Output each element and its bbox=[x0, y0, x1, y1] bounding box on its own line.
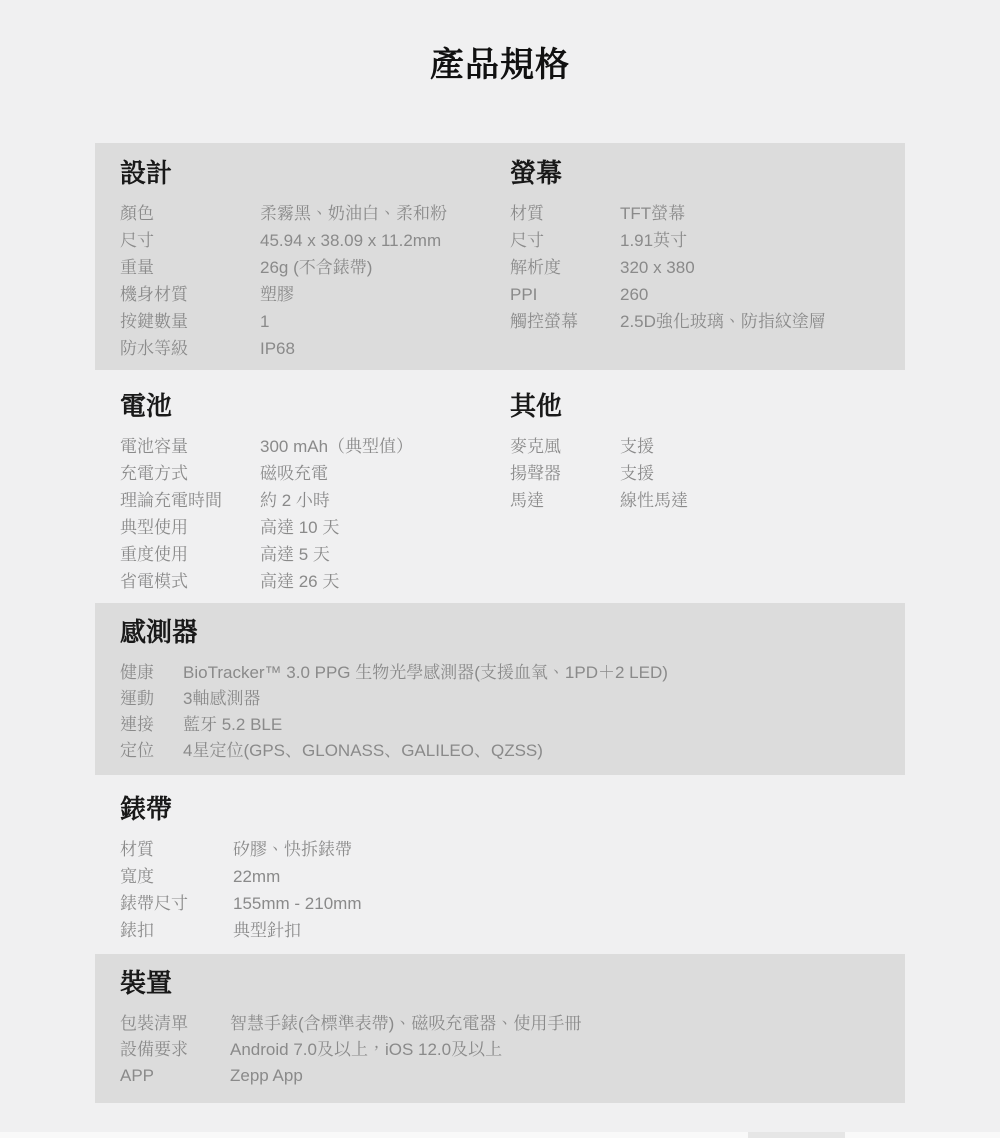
spec-value: 22mm bbox=[233, 863, 880, 890]
spec-label: 按鍵數量 bbox=[120, 308, 260, 335]
spec-value: 柔霧黑、奶油白、柔和粉 bbox=[260, 200, 510, 227]
spec-row: 寬度 22mm bbox=[120, 863, 880, 890]
spec-value: 45.94 x 38.09 x 11.2mm bbox=[260, 227, 510, 254]
section-heading-other: 其他 bbox=[510, 390, 880, 422]
spec-label: 馬達 bbox=[510, 487, 620, 514]
section-battery-other: 電池 電池容量 300 mAh（典型值） 充電方式 磁吸充電 理論充電時間 約 … bbox=[95, 376, 905, 603]
spec-value: 塑膠 bbox=[260, 281, 510, 308]
spec-row: 尺寸 1.91英寸 bbox=[510, 227, 880, 254]
spec-label: 防水等級 bbox=[120, 335, 260, 362]
spec-value: 320 x 380 bbox=[620, 254, 880, 281]
spec-value: 典型針扣 bbox=[233, 917, 880, 944]
section-heading-device: 裝置 bbox=[120, 967, 880, 999]
spec-value: 26g (不含錶帶) bbox=[260, 254, 510, 281]
spec-label: 觸控螢幕 bbox=[510, 308, 620, 335]
spec-row: 省電模式 高達 26 天 bbox=[120, 568, 510, 595]
spec-row: 揚聲器 支援 bbox=[510, 460, 880, 487]
section-heading-strap: 錶帶 bbox=[120, 793, 880, 825]
section-device: 裝置 包裝清單 智慧手錶(含標準表帶)、磁吸充電器、使用手冊 設備要求 Andr… bbox=[95, 954, 905, 1103]
spec-label: 顏色 bbox=[120, 200, 260, 227]
spec-value: 155mm - 210mm bbox=[233, 890, 880, 917]
section-strap: 錶帶 材質 矽膠、快拆錶帶 寬度 22mm 錶帶尺寸 155mm - 210mm… bbox=[95, 779, 905, 944]
spec-row: 理論充電時間 約 2 小時 bbox=[120, 487, 510, 514]
spec-value: 支援 bbox=[620, 460, 880, 487]
bottom-edge-strip bbox=[0, 1132, 1000, 1138]
spec-label: 定位 bbox=[120, 738, 183, 764]
spec-label: 尺寸 bbox=[510, 227, 620, 254]
spec-label: 寬度 bbox=[120, 863, 233, 890]
spec-row: 材質 TFT螢幕 bbox=[510, 200, 880, 227]
spec-row: APP Zepp App bbox=[120, 1063, 880, 1089]
spec-row: 包裝清單 智慧手錶(含標準表帶)、磁吸充電器、使用手冊 bbox=[120, 1011, 880, 1037]
spec-label: 解析度 bbox=[510, 254, 620, 281]
spec-row: 連接 藍牙 5.2 BLE bbox=[120, 712, 880, 738]
spec-value: 1 bbox=[260, 308, 510, 335]
page-title: 產品規格 bbox=[0, 0, 1000, 85]
spec-value: TFT螢幕 bbox=[620, 200, 880, 227]
spec-value: BioTracker™ 3.0 PPG 生物光學感測器(支援血氧、1PD＋2 L… bbox=[183, 660, 880, 686]
spec-value: 300 mAh（典型值） bbox=[260, 433, 510, 460]
spec-label: 揚聲器 bbox=[510, 460, 620, 487]
spec-label: 錶扣 bbox=[120, 917, 233, 944]
spec-row: 馬達 線性馬達 bbox=[510, 487, 880, 514]
spec-value: 4星定位(GPS、GLONASS、GALILEO、QZSS) bbox=[183, 738, 880, 764]
column-battery: 電池 電池容量 300 mAh（典型值） 充電方式 磁吸充電 理論充電時間 約 … bbox=[120, 390, 510, 595]
spec-row: 顏色 柔霧黑、奶油白、柔和粉 bbox=[120, 200, 510, 227]
spec-row: 重量 26g (不含錶帶) bbox=[120, 254, 510, 281]
spec-value: 支援 bbox=[620, 433, 880, 460]
column-screen: 螢幕 材質 TFT螢幕 尺寸 1.91英寸 解析度 320 x 380 bbox=[510, 157, 880, 362]
spec-value: IP68 bbox=[260, 335, 510, 362]
bottom-edge-segment bbox=[748, 1132, 845, 1138]
spec-value: 3軸感測器 bbox=[183, 686, 880, 712]
spec-row: 電池容量 300 mAh（典型值） bbox=[120, 433, 510, 460]
spec-value: 藍牙 5.2 BLE bbox=[183, 712, 880, 738]
spec-row: 定位 4星定位(GPS、GLONASS、GALILEO、QZSS) bbox=[120, 738, 880, 764]
spec-value: 高達 5 天 bbox=[260, 541, 510, 568]
spec-row: 尺寸 45.94 x 38.09 x 11.2mm bbox=[120, 227, 510, 254]
spec-value: 智慧手錶(含標準表帶)、磁吸充電器、使用手冊 bbox=[230, 1011, 880, 1037]
spec-label: 省電模式 bbox=[120, 568, 260, 595]
spec-label: 包裝清單 bbox=[120, 1011, 230, 1037]
spec-value: 高達 26 天 bbox=[260, 568, 510, 595]
section-heading-battery: 電池 bbox=[120, 390, 510, 422]
spec-row: 充電方式 磁吸充電 bbox=[120, 460, 510, 487]
spec-row: 典型使用 高達 10 天 bbox=[120, 514, 510, 541]
spec-row: 重度使用 高達 5 天 bbox=[120, 541, 510, 568]
spec-row: 錶扣 典型針扣 bbox=[120, 917, 880, 944]
spec-label: APP bbox=[120, 1063, 230, 1089]
spec-value: Zepp App bbox=[230, 1063, 880, 1089]
column-design: 設計 顏色 柔霧黑、奶油白、柔和粉 尺寸 45.94 x 38.09 x 11.… bbox=[120, 157, 510, 362]
section-design-screen: 設計 顏色 柔霧黑、奶油白、柔和粉 尺寸 45.94 x 38.09 x 11.… bbox=[95, 143, 905, 370]
spec-content: 設計 顏色 柔霧黑、奶油白、柔和粉 尺寸 45.94 x 38.09 x 11.… bbox=[95, 143, 905, 1103]
spec-value: 磁吸充電 bbox=[260, 460, 510, 487]
spec-value: 約 2 小時 bbox=[260, 487, 510, 514]
spec-row: 設備要求 Android 7.0及以上，iOS 12.0及以上 bbox=[120, 1037, 880, 1063]
spec-label: 設備要求 bbox=[120, 1037, 230, 1063]
spec-label: 重量 bbox=[120, 254, 260, 281]
spec-label: 健康 bbox=[120, 660, 183, 686]
spec-label: PPI bbox=[510, 281, 620, 308]
spec-label: 麥克風 bbox=[510, 433, 620, 460]
spec-value: 矽膠、快拆錶帶 bbox=[233, 836, 880, 863]
spec-row: 錶帶尺寸 155mm - 210mm bbox=[120, 890, 880, 917]
spec-label: 典型使用 bbox=[120, 514, 260, 541]
spec-row: 機身材質 塑膠 bbox=[120, 281, 510, 308]
spec-label: 電池容量 bbox=[120, 433, 260, 460]
spec-row: 按鍵數量 1 bbox=[120, 308, 510, 335]
column-other: 其他 麥克風 支援 揚聲器 支援 馬達 線性馬達 bbox=[510, 390, 880, 595]
section-heading-sensors: 感測器 bbox=[120, 616, 880, 648]
spec-label: 連接 bbox=[120, 712, 183, 738]
spec-label: 運動 bbox=[120, 686, 183, 712]
spec-label: 材質 bbox=[120, 836, 233, 863]
section-heading-design: 設計 bbox=[120, 157, 510, 189]
spec-label: 重度使用 bbox=[120, 541, 260, 568]
section-sensors: 感測器 健康 BioTracker™ 3.0 PPG 生物光學感測器(支援血氧、… bbox=[95, 603, 905, 775]
spec-row: 麥克風 支援 bbox=[510, 433, 880, 460]
spec-label: 錶帶尺寸 bbox=[120, 890, 233, 917]
spec-row: 防水等級 IP68 bbox=[120, 335, 510, 362]
spec-row: PPI 260 bbox=[510, 281, 880, 308]
spec-row: 健康 BioTracker™ 3.0 PPG 生物光學感測器(支援血氧、1PD＋… bbox=[120, 660, 880, 686]
section-heading-screen: 螢幕 bbox=[510, 157, 880, 189]
spec-row: 解析度 320 x 380 bbox=[510, 254, 880, 281]
spec-label: 尺寸 bbox=[120, 227, 260, 254]
spec-value: 高達 10 天 bbox=[260, 514, 510, 541]
spec-label: 理論充電時間 bbox=[120, 487, 260, 514]
spec-label: 充電方式 bbox=[120, 460, 260, 487]
spec-label: 機身材質 bbox=[120, 281, 260, 308]
spec-value: 1.91英寸 bbox=[620, 227, 880, 254]
spec-label: 材質 bbox=[510, 200, 620, 227]
spec-row: 材質 矽膠、快拆錶帶 bbox=[120, 836, 880, 863]
spec-value: Android 7.0及以上，iOS 12.0及以上 bbox=[230, 1037, 880, 1063]
spec-row: 觸控螢幕 2.5D強化玻璃、防指紋塗層 bbox=[510, 308, 880, 335]
spec-value: 2.5D強化玻璃、防指紋塗層 bbox=[620, 308, 880, 335]
spec-value: 260 bbox=[620, 281, 880, 308]
spec-row: 運動 3軸感測器 bbox=[120, 686, 880, 712]
spec-value: 線性馬達 bbox=[620, 487, 880, 514]
